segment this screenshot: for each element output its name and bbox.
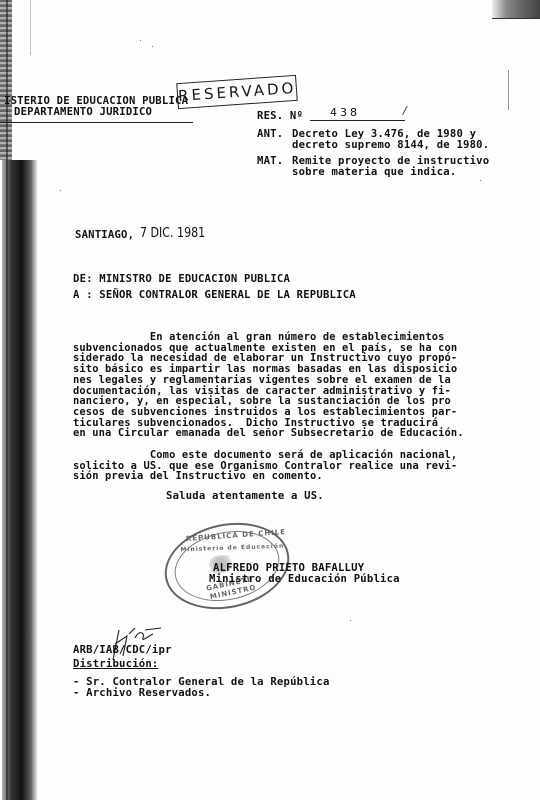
place: SANTIAGO,	[75, 229, 134, 241]
distribution-label: Distribución:	[73, 658, 159, 670]
body-paragraph-1: En atención al gran número de establecim…	[73, 332, 503, 439]
distribution-item: - Archivo Reservados.	[73, 687, 211, 699]
res-suffix: /	[402, 105, 409, 117]
closing-salutation: Saluda atentamente a US.	[166, 490, 324, 502]
ant-line: decreto supremo 8144, de 1980.	[292, 139, 489, 151]
date-stamp: 7 DIC. 1981	[140, 226, 205, 241]
to-line: A : SEÑOR CONTRALOR GENERAL DE LA REPUBL…	[73, 289, 356, 301]
scan-speck	[350, 620, 351, 621]
body-paragraph-2: Como este documento será de aplicación n…	[73, 450, 457, 482]
res-number: 438	[310, 106, 405, 121]
scan-corner-shadow	[492, 0, 540, 19]
body-line: nes legales y reglamentarias vigentes so…	[73, 375, 503, 386]
mat-label: MAT.	[257, 155, 283, 167]
reservado-stamp: RESERVADO	[176, 75, 298, 109]
signer-title: Ministro de Educación Pública	[209, 573, 400, 585]
body-line: sión previa del Instructivo en comento.	[73, 471, 457, 482]
reference-initials: ARB/IAB/CDC/ipr	[73, 644, 172, 656]
scan-speck	[152, 46, 153, 47]
document-page: ISTERIO DE EDUCACION PUBLICA DEPARTAMENT…	[0, 0, 540, 800]
res-label: RES. Nº	[257, 110, 303, 122]
body-line: en una Circular emanada del señor Subsec…	[73, 428, 503, 439]
from-line: DE: MINISTRO DE EDUCACION PUBLICA	[73, 273, 290, 285]
letterhead-department: DEPARTAMENTO JURIDICO	[14, 106, 152, 118]
scan-speck	[60, 190, 61, 191]
scan-right-mark	[508, 70, 509, 110]
scan-speck	[140, 40, 141, 41]
scan-speck	[480, 180, 481, 181]
scan-fold-line	[30, 0, 31, 55]
letterhead-rule	[0, 122, 193, 123]
scan-edge-line	[6, 0, 8, 800]
mat-line: sobre materia que indica.	[292, 166, 456, 178]
ant-label: ANT.	[257, 128, 283, 140]
